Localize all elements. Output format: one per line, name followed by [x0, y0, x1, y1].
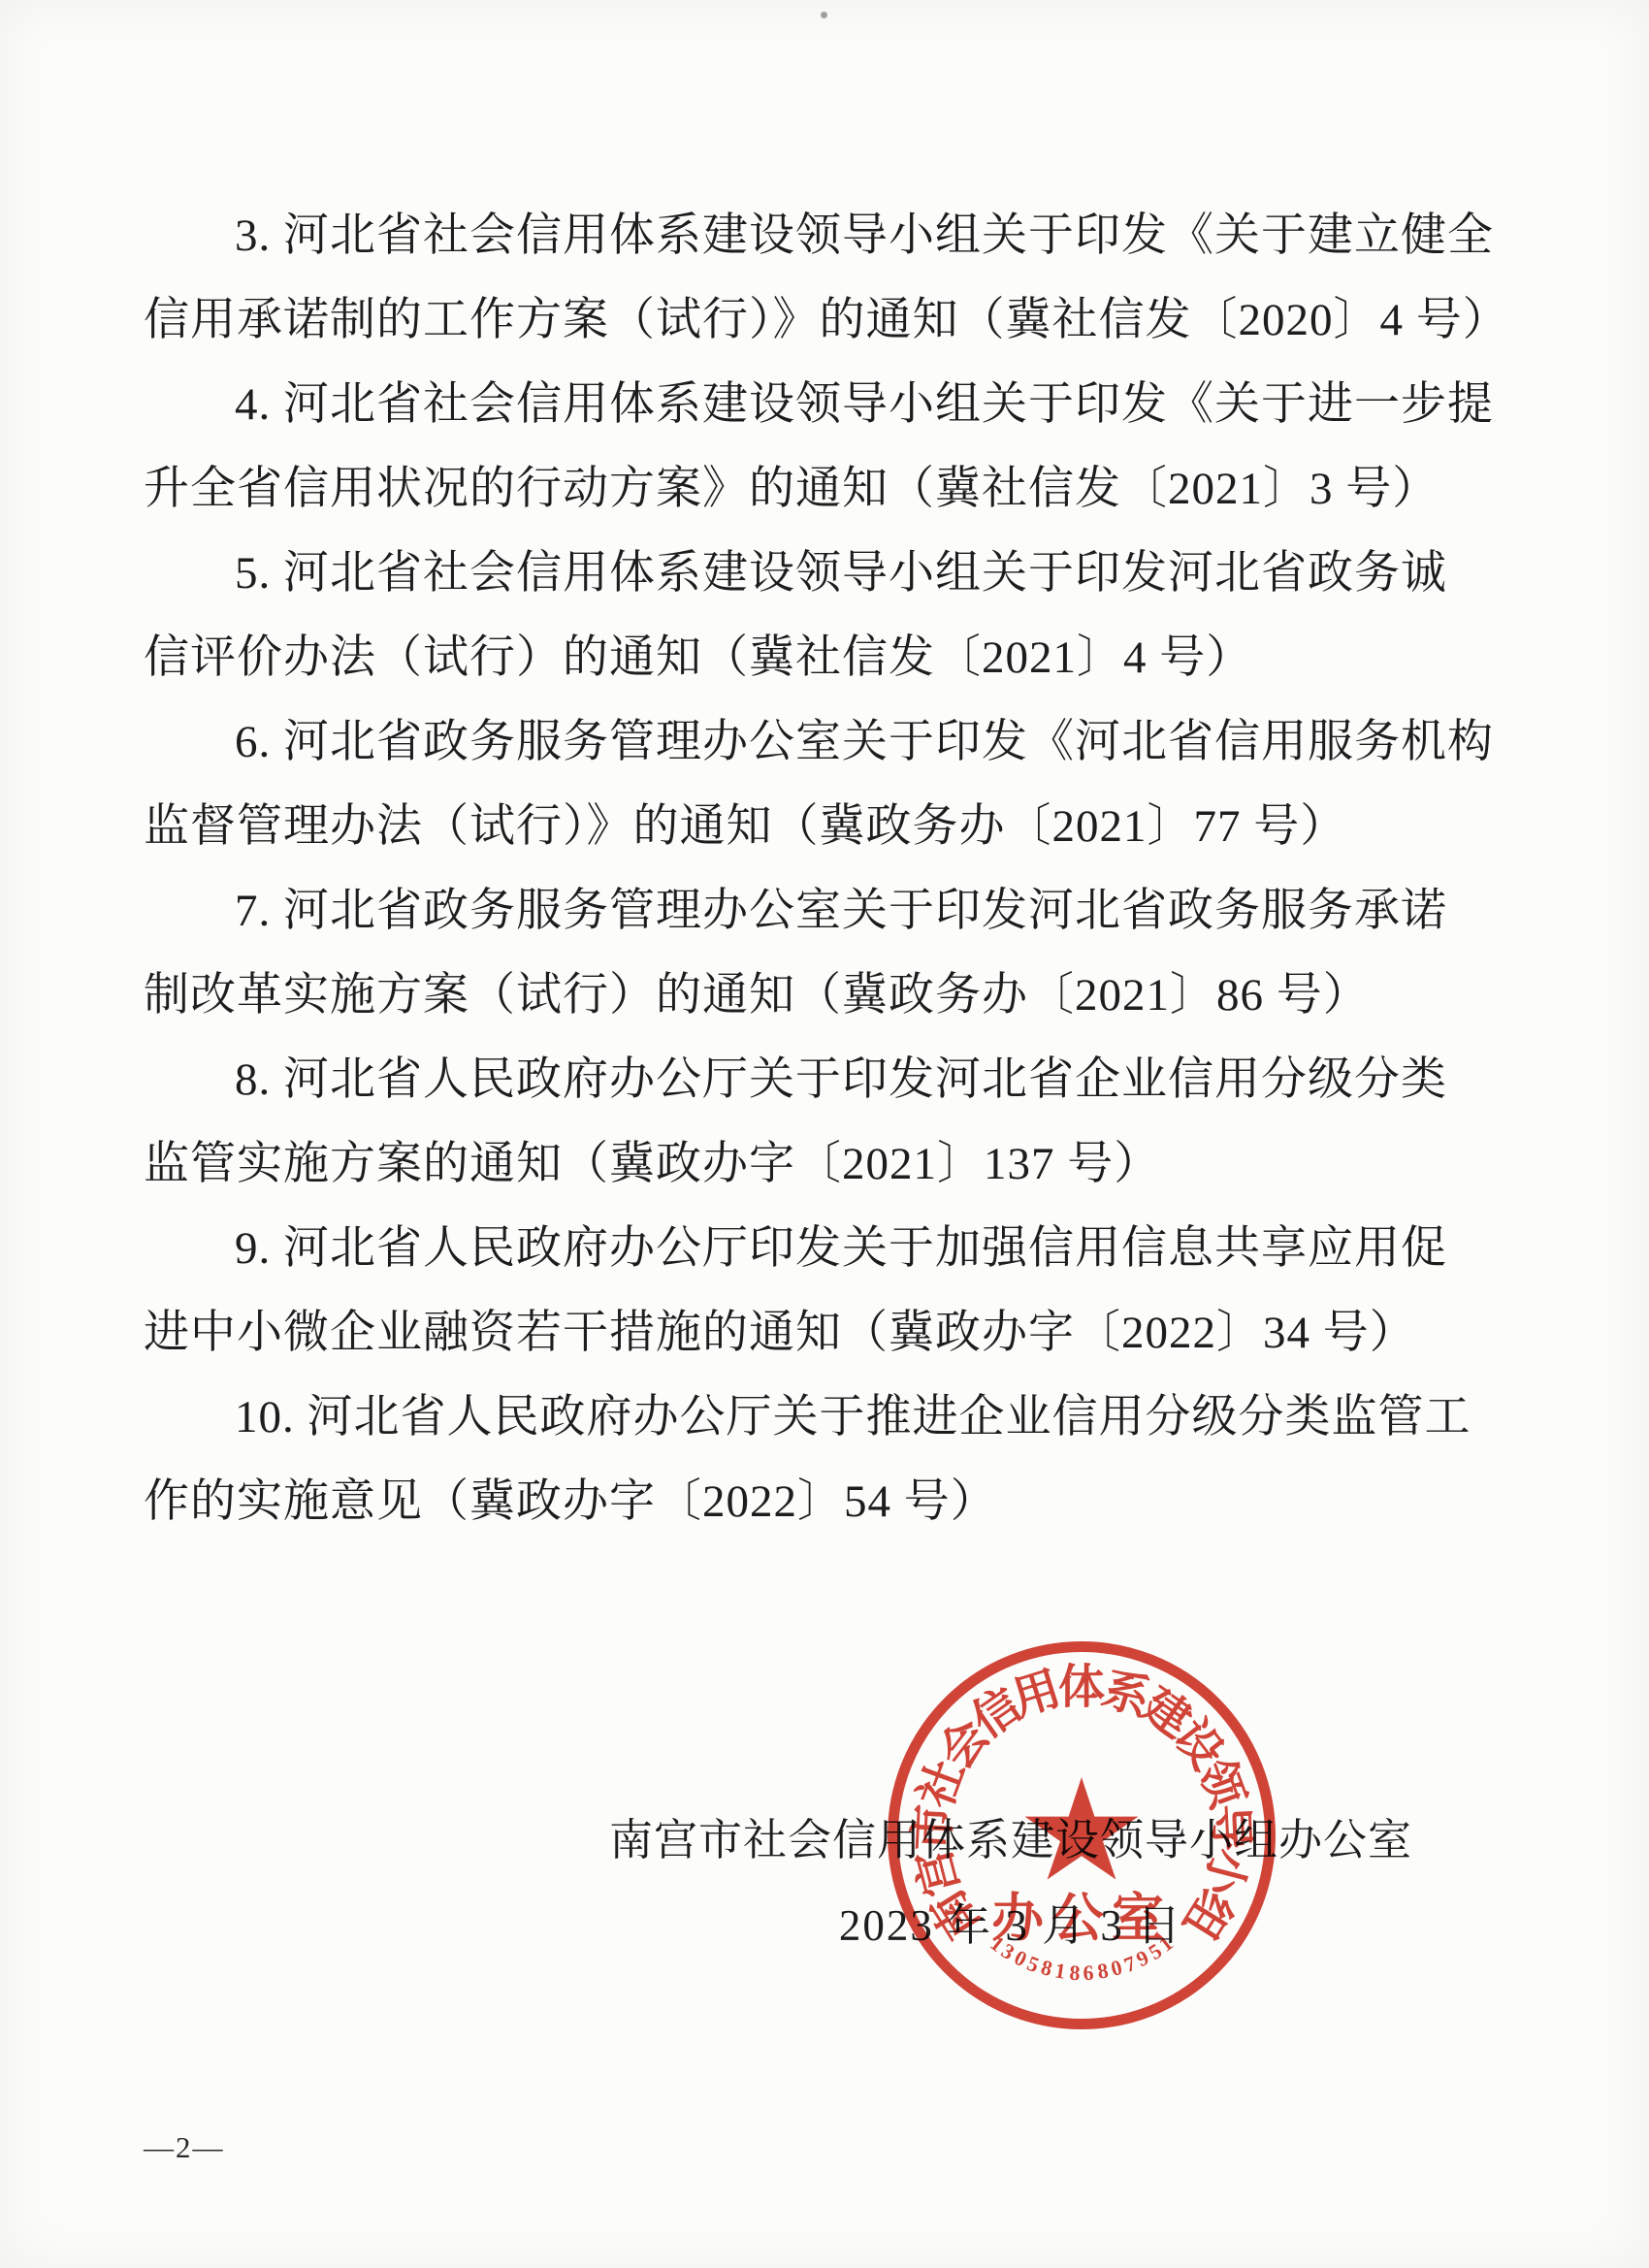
- text-line: 监督管理办法（试行）》的通知（冀政务办〔2021〕77 号）: [144, 785, 1507, 869]
- text-line: 制改革实施方案（试行）的通知（冀政务办〔2021〕86 号）: [144, 954, 1507, 1038]
- text-line: 4. 河北省社会信用体系建设领导小组关于印发《关于进一步提: [144, 363, 1507, 447]
- list-item-5: 5. 河北省社会信用体系建设领导小组关于印发河北省政务诚 信评价办法（试行）的通…: [144, 532, 1507, 700]
- seal-ring-char: 系: [1096, 1666, 1154, 1724]
- seal-ring-char: 体: [1058, 1665, 1105, 1711]
- text-line: 3. 河北省社会信用体系建设领导小组关于印发《关于建立健全: [144, 194, 1507, 278]
- text-line: 9. 河北省人民政府办公厅印发关于加强信用信息共享应用促: [144, 1207, 1507, 1291]
- text-line: 5. 河北省社会信用体系建设领导小组关于印发河北省政务诚: [144, 532, 1507, 616]
- seal-ring-char: 会: [932, 1712, 997, 1777]
- text-line: 6. 河北省政务服务管理办公室关于印发《河北省信用服务机构: [144, 700, 1507, 785]
- text-line: 7. 河北省政务服务管理办公室关于印发河北省政务服务承诺: [144, 869, 1507, 954]
- page-number: —2—: [144, 2130, 225, 2165]
- text-line: 监管实施方案的通知（冀政办字〔2021〕137 号）: [144, 1122, 1507, 1207]
- text-line: 作的实施意见（冀政办字〔2022〕54 号）: [144, 1460, 1507, 1544]
- seal-ring-char: 建: [1133, 1682, 1198, 1747]
- text-line: 信评价办法（试行）的通知（冀社信发〔2021〕4 号）: [144, 616, 1507, 700]
- notice-list: 3. 河北省社会信用体系建设领导小组关于印发《关于建立健全 信用承诺制的工作方案…: [144, 194, 1507, 1544]
- text-line: 信用承诺制的工作方案（试行）》的通知（冀社信发〔2020〕4 号）: [144, 278, 1507, 363]
- list-item-10: 10. 河北省人民政府办公厅关于推进企业信用分级分类监管工 作的实施意见（冀政办…: [144, 1376, 1507, 1544]
- list-item-6: 6. 河北省政务服务管理办公室关于印发《河北省信用服务机构 监督管理办法（试行）…: [144, 700, 1507, 869]
- seal-ring-char: 用: [1008, 1666, 1066, 1724]
- signature-block: 南宫市社会信用体系建设领导小组办公室 2023 年 3 月 3 日: [429, 1798, 1593, 1968]
- list-item-9: 9. 河北省人民政府办公厅印发关于加强信用信息共享应用促 进中小微企业融资若干措…: [144, 1207, 1507, 1376]
- signature-org: 南宫市社会信用体系建设领导小组办公室: [429, 1798, 1593, 1883]
- seal-ring-char: 信: [965, 1682, 1030, 1747]
- text-line: 升全省信用状况的行动方案》的通知（冀社信发〔2021〕3 号）: [144, 447, 1507, 532]
- text-line: 进中小微企业融资若干措施的通知（冀政办字〔2022〕34 号）: [144, 1291, 1507, 1376]
- list-item-3: 3. 河北省社会信用体系建设领导小组关于印发《关于建立健全 信用承诺制的工作方案…: [144, 194, 1507, 363]
- text-line: 10. 河北省人民政府办公厅关于推进企业信用分级分类监管工: [144, 1376, 1507, 1460]
- list-item-4: 4. 河北省社会信用体系建设领导小组关于印发《关于进一步提 升全省信用状况的行动…: [144, 363, 1507, 532]
- signature-date: 2023 年 3 月 3 日: [429, 1883, 1593, 1968]
- list-item-7: 7. 河北省政务服务管理办公室关于印发河北省政务服务承诺 制改革实施方案（试行）…: [144, 869, 1507, 1038]
- list-item-8: 8. 河北省人民政府办公厅关于印发河北省企业信用分级分类 监管实施方案的通知（冀…: [144, 1038, 1507, 1207]
- seal-ring-char: 设: [1166, 1712, 1231, 1777]
- text-line: 8. 河北省人民政府办公厅关于印发河北省企业信用分级分类: [144, 1038, 1507, 1122]
- document-page: 3. 河北省社会信用体系建设领导小组关于印发《关于建立健全 信用承诺制的工作方案…: [0, 0, 1649, 2268]
